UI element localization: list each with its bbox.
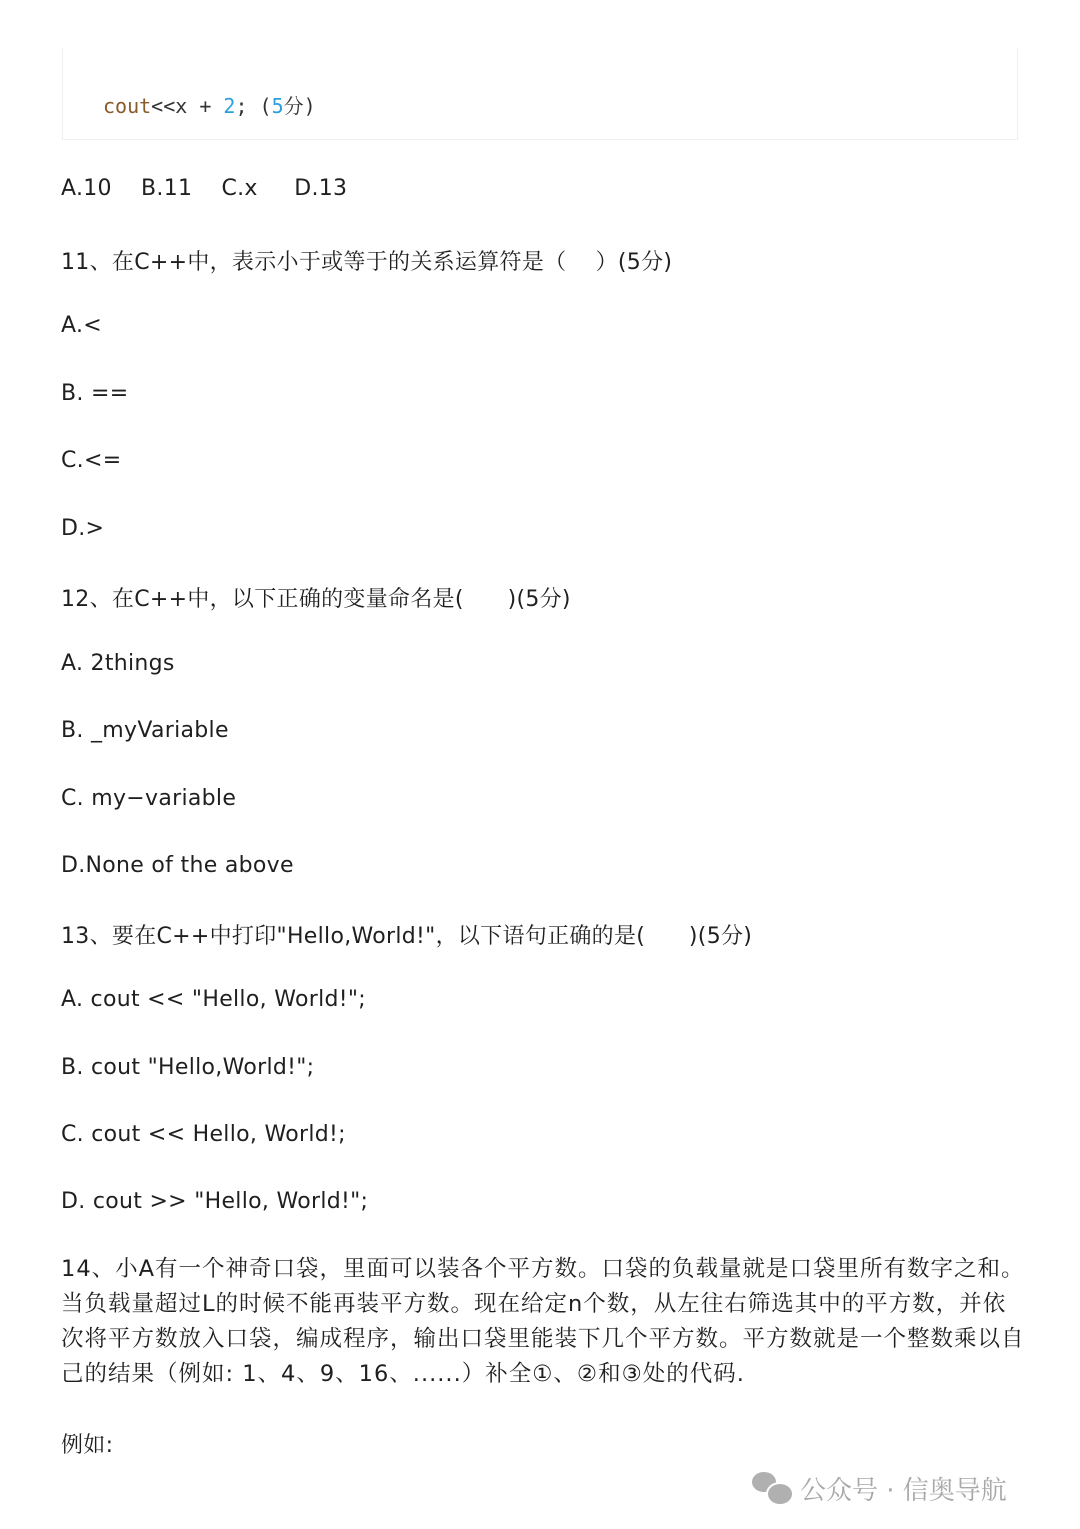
q13-option-d: D. cout >> "Hello, World!"; — [61, 1189, 368, 1214]
q12-question: 12、在C++中，以下正确的变量命名是( )(5分) — [61, 582, 571, 613]
code-keyword: cout — [103, 94, 151, 118]
q14-question: 14、小A有一个神奇口袋，里面可以装各个平方数。口袋的负载量就是口袋里所有数字之… — [61, 1252, 1026, 1392]
q11-option-b: B. == — [61, 381, 128, 406]
example-label: 例如: — [61, 1428, 113, 1459]
code-line: cout<<x + 2; (5分) — [103, 90, 316, 119]
code-score-number: 5 — [272, 94, 284, 118]
q10-options: A.10 B.11 C.x D.13 — [61, 176, 347, 201]
q12-option-b: B. _myVariable — [61, 718, 229, 743]
q11-option-d: D.> — [61, 516, 104, 541]
wechat-icon — [752, 1472, 792, 1506]
q11-option-a: A.< — [61, 313, 102, 338]
q13-option-c: C. cout << Hello, World!; — [61, 1122, 346, 1147]
q11-option-c: C.<= — [61, 448, 121, 473]
code-rest: ; ( — [235, 94, 271, 118]
code-block: cout<<x + 2; (5分) — [62, 48, 1018, 140]
q13-option-a: A. cout << "Hello, World!"; — [61, 987, 366, 1012]
code-score-unit: 分) — [284, 94, 316, 118]
q12-option-a: A. 2things — [61, 651, 175, 676]
watermark-text: 公众号 · 信奥导航 — [800, 1470, 1007, 1507]
code-operator: <<x + — [151, 94, 223, 118]
q13-option-b: B. cout "Hello,World!"; — [61, 1055, 314, 1080]
q13-question: 13、要在C++中打印"Hello,World!"，以下语句正确的是( )(5分… — [61, 919, 752, 950]
watermark: 公众号 · 信奥导航 — [752, 1470, 1007, 1507]
q11-question: 11、在C++中，表示小于或等于的关系运算符是（ ）(5分) — [61, 245, 672, 276]
code-number: 2 — [223, 94, 235, 118]
q12-option-d: D.None of the above — [61, 853, 294, 878]
q12-option-c: C. my−variable — [61, 786, 236, 811]
